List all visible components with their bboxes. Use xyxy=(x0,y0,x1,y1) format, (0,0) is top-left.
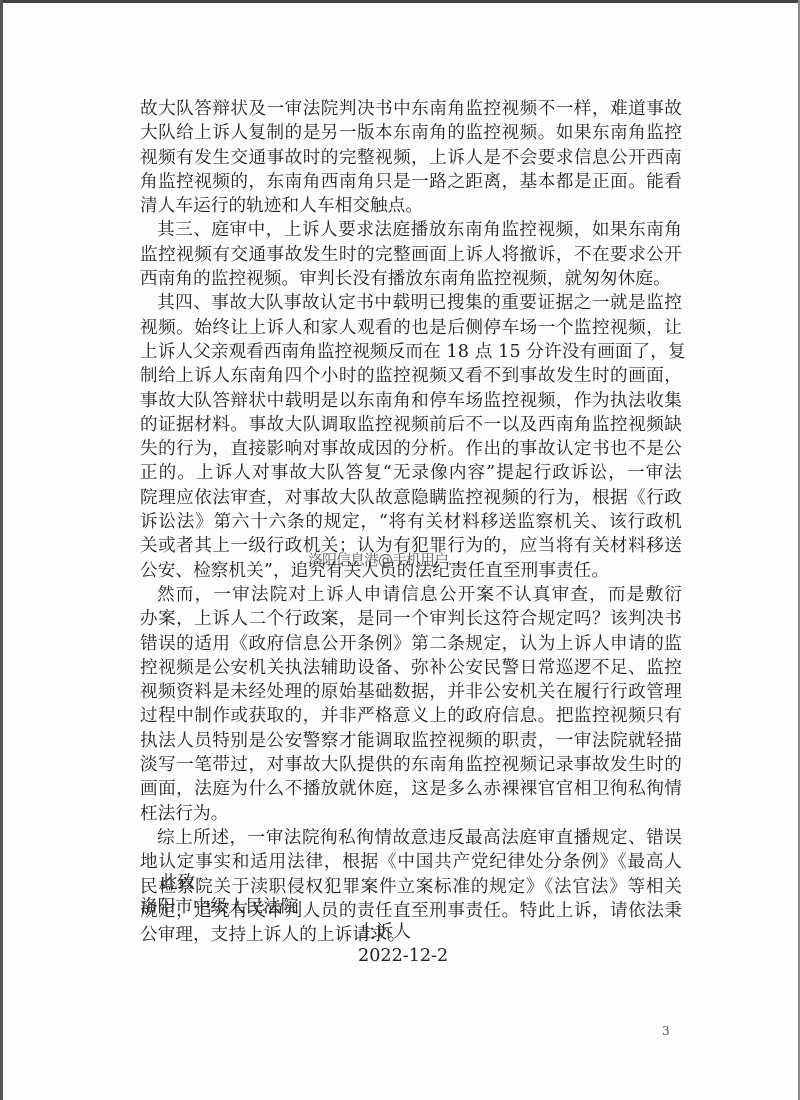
text-line: 控视频是公安机关执法辅助设备、弥补公安民警日常巡逻不足、监控 xyxy=(140,656,682,680)
text-line: 地认定事实和适用法律，根据《中国共产党纪律处分条例》《最高人 xyxy=(140,850,682,874)
text-line: 视频资料是未经处理的原始基础数据，并非公安机关在履行行政管理 xyxy=(140,680,682,704)
text-line: 淡写一笔带过，对事故大队提供的东南角监控视频记录事故发生时的 xyxy=(140,753,682,777)
salutation: 此致 xyxy=(140,869,195,894)
page-number: 3 xyxy=(662,1024,670,1038)
text-line: 其四、事故大队事故认定书中载明已搜集的重要证据之一就是监控 xyxy=(140,291,682,315)
text-line: 大队给上诉人复制的是另一版本东南角的监控视频。如果东南角监控 xyxy=(140,121,682,145)
text-line: 视频。始终让上诉人和家人观看的也是后侧停车场一个监控视频，让 xyxy=(140,316,682,340)
text-line: 诉讼法》第六十六条的规定，“将有关材料移送监察机关、该行政机 xyxy=(140,510,682,534)
text-line: 过程中制作或获取的，并非严格意义上的政府信息。把监控视频只有 xyxy=(140,704,682,728)
text-line: 枉法行为。 xyxy=(140,802,682,826)
scan-edge-top xyxy=(0,0,800,3)
text-line: 事故大队答辩状中载明是以东南角和停车场监控视频，作为执法收集 xyxy=(140,389,682,413)
text-line: 故大队答辩状及一审法院判决书中东南角监控视频不一样，难道事故 xyxy=(140,97,682,121)
signature-block: 上诉人 2022-12-2 xyxy=(358,920,448,968)
text-line: 其三、庭审中，上诉人要求法庭播放东南角监控视频，如果东南角 xyxy=(140,218,682,242)
text-line: 综上所述，一审法院徇私徇情故意违反最高法庭审直播规定、错误 xyxy=(140,826,682,850)
text-line: 画面，法庭为什么不播放就休庭，这是多么赤裸裸官官相卫徇私徇情 xyxy=(140,777,682,801)
text-line: 院理应依法审查，对事故大队故意隐瞒监控视频的行为，根据《行政 xyxy=(140,486,682,510)
signer: 上诉人 xyxy=(358,920,448,944)
text-line: 监控视频有交通事故发生时的完整画面上诉人将撤诉，不在要求公开 xyxy=(140,243,682,267)
addressee: 洛阳市中级人民法院 xyxy=(140,893,298,918)
text-line: 的证据材料。事故大队调取监控视频前后不一以及西南角监控视频缺 xyxy=(140,413,682,437)
date: 2022-12-2 xyxy=(358,944,448,968)
text-line: 办案，上诉人二个行政案，是同一个审判长这符合规定吗？该判决书 xyxy=(140,607,682,631)
text-line: 失的行为，直接影响对事故成因的分析。作出的事故认定书也不是公 xyxy=(140,437,682,461)
text-line: 清人车运行的轨迹和人车相交触点。 xyxy=(140,194,682,218)
document-body: 故大队答辩状及一审法院判决书中东南角监控视频不一样，难道事故大队给上诉人复制的是… xyxy=(140,97,682,947)
text-line: 上诉人父亲观看西南角监控视频反而在 18 点 15 分许没有画面了，复 xyxy=(140,340,682,364)
scan-edge-left xyxy=(0,0,3,1100)
text-line: 视频有发生交通事故时的完整视频，上诉人是不会要求信息公开西南 xyxy=(140,146,682,170)
text-line: 角监控视频的，东南角西南角只是一路之距离，基本都是正面。能看 xyxy=(140,170,682,194)
text-line: 制给上诉人东南角四个小时的监控视频又看不到事故发生时的画面， xyxy=(140,364,682,388)
text-line: 错误的适用《政府信息公开条例》第二条规定，认为上诉人申请的监 xyxy=(140,632,682,656)
text-line: 正的。上诉人对事故大队答复“无录像内容”提起行政诉讼，一审法 xyxy=(140,461,682,485)
text-line: 执法人员特别是公安警察才能调取监控视频的职责，一审法院就轻描 xyxy=(140,729,682,753)
text-line: 西南角的监控视频。审判长没有播放东南角监控视频，就匆匆休庭。 xyxy=(140,267,682,291)
text-line: 然而，一审法院对上诉人申请信息公开案不认真审查，而是敷衍 xyxy=(140,583,682,607)
watermark: 洛阳信息港@手机用户... xyxy=(308,549,459,570)
